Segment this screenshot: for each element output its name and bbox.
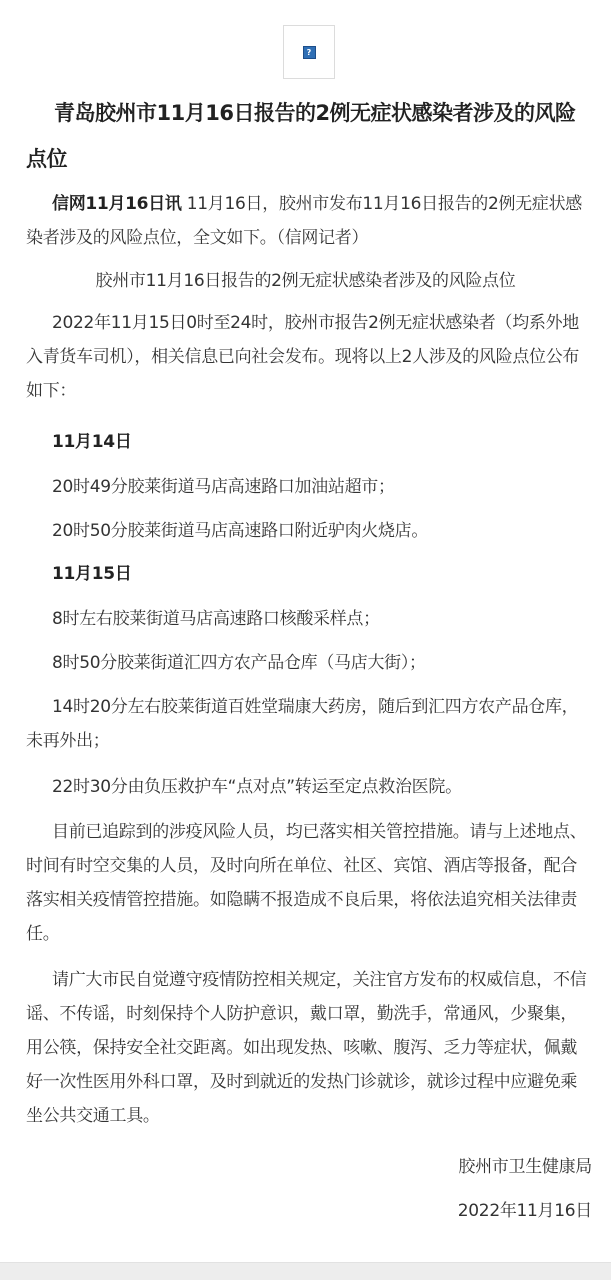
article-title: 青岛胶州市11月16日报告的2例无症状感染者涉及的风险点位 <box>26 90 586 182</box>
signature-org: 胶州市卫生健康局 <box>0 1150 592 1184</box>
date-heading-nov14: 11月14日 <box>52 425 611 459</box>
risk-point-item: 20时50分胶莱街道马店高速路口附近驴肉火烧店。 <box>52 514 592 548</box>
risk-point-item: 8时左右胶莱街道马店高速路口核酸采样点； <box>52 602 592 636</box>
dateline: 信网11月16日讯 <box>52 194 182 214</box>
lead-paragraph: 信网11月16日讯 11月16日，胶州市发布11月16日报告的2例无症状感染者涉… <box>26 187 592 255</box>
notice-paragraph: 目前已追踪到的涉疫风险人员，均已落实相关管控措施。请与上述地点、时间有时空交集的… <box>26 815 592 951</box>
broken-image-icon: ? <box>303 46 316 59</box>
intro-paragraph: 2022年11月15日0时至24时，胶州市报告2例无症状感染者（均系外地入青货车… <box>26 306 592 408</box>
risk-point-item: 14时20分左右胶莱街道百姓堂瑞康大药房，随后到汇四方农产品仓库，未再外出； <box>26 690 592 758</box>
risk-point-item: 22时30分由负压救护车“点对点”转运至定点救治医院。 <box>52 770 592 804</box>
advice-paragraph: 请广大市民自觉遵守疫情防控相关规定，关注官方发布的权威信息，不信谣、不传谣，时刻… <box>26 963 592 1133</box>
date-heading-nov15: 11月15日 <box>52 557 611 591</box>
risk-point-item: 20时49分胶莱街道马店高速路口加油站超市； <box>52 470 592 504</box>
broken-image-placeholder: ? <box>283 25 335 79</box>
risk-point-item: 8时50分胶莱街道汇四方农产品仓库（马店大街）； <box>52 646 592 680</box>
sub-heading: 胶州市11月16日报告的2例无症状感染者涉及的风险点位 <box>0 264 611 298</box>
signature-date: 2022年11月16日 <box>0 1194 592 1228</box>
footer-band <box>0 1262 611 1280</box>
